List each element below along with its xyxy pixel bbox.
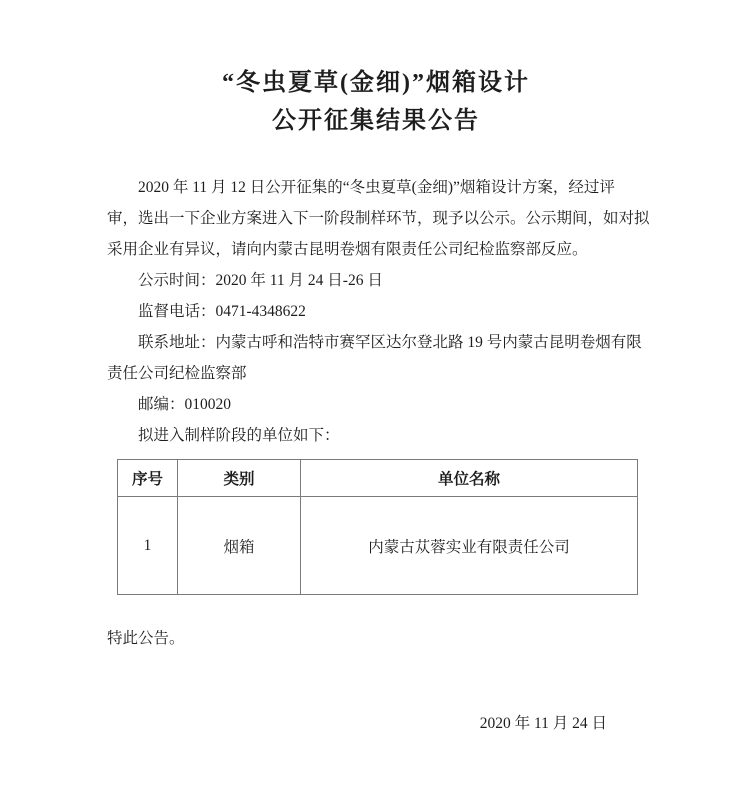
postal-code-line: 邮编：010020 [107,389,645,420]
table-header-category: 类别 [178,460,301,497]
table-header-sequence: 序号 [118,460,178,497]
document-title-line2: 公开征集结果公告 [107,102,645,140]
table-cell-sequence: 1 [118,497,178,595]
paragraph-line: 审，选出一下企业方案进入下一阶段制样环节，现予以公示。公示期间，如对拟 [107,203,645,234]
document-content: “冬虫夏草(金细)”烟箱设计 公开征集结果公告 2020 年 11 月 12 日… [0,0,645,739]
table-header-unit-name: 单位名称 [301,460,638,497]
table-header-row: 序号 类别 单位名称 [118,460,638,497]
table-cell-category: 烟箱 [178,497,301,595]
announcement-date: 2020 年 11 月 24 日 [107,708,645,739]
contact-address-line: 联系地址：内蒙古呼和浩特市赛罕区达尔登北路 19 号内蒙古昆明卷烟有限 [107,327,645,358]
document-title-line1: “冬虫夏草(金细)”烟箱设计 [107,64,645,102]
supervision-phone-line: 监督电话：0471-4348622 [107,296,645,327]
document-title: “冬虫夏草(金细)”烟箱设计 公开征集结果公告 [107,64,645,140]
result-table: 序号 类别 单位名称 1 烟箱 内蒙古苁蓉实业有限责任公司 [117,459,638,595]
table-intro-line: 拟进入制样阶段的单位如下： [107,420,645,451]
table-cell-unit-name: 内蒙古苁蓉实业有限责任公司 [301,497,638,595]
closing-statement: 特此公告。 [107,623,645,654]
publicity-period-line: 公示时间：2020 年 11 月 24 日-26 日 [107,265,645,296]
contact-address-continuation-line: 责任公司纪检监察部 [107,358,645,389]
document-page: “冬虫夏草(金细)”烟箱设计 公开征集结果公告 2020 年 11 月 12 日… [0,0,750,803]
table-row: 1 烟箱 内蒙古苁蓉实业有限责任公司 [118,497,638,595]
document-body: 2020 年 11 月 12 日公开征集的“冬虫夏草(金细)”烟箱设计方案，经过… [107,172,645,451]
paragraph-line: 采用企业有异议，请向内蒙古昆明卷烟有限责任公司纪检监察部反应。 [107,234,645,265]
paragraph-line: 2020 年 11 月 12 日公开征集的“冬虫夏草(金细)”烟箱设计方案，经过… [107,172,645,203]
